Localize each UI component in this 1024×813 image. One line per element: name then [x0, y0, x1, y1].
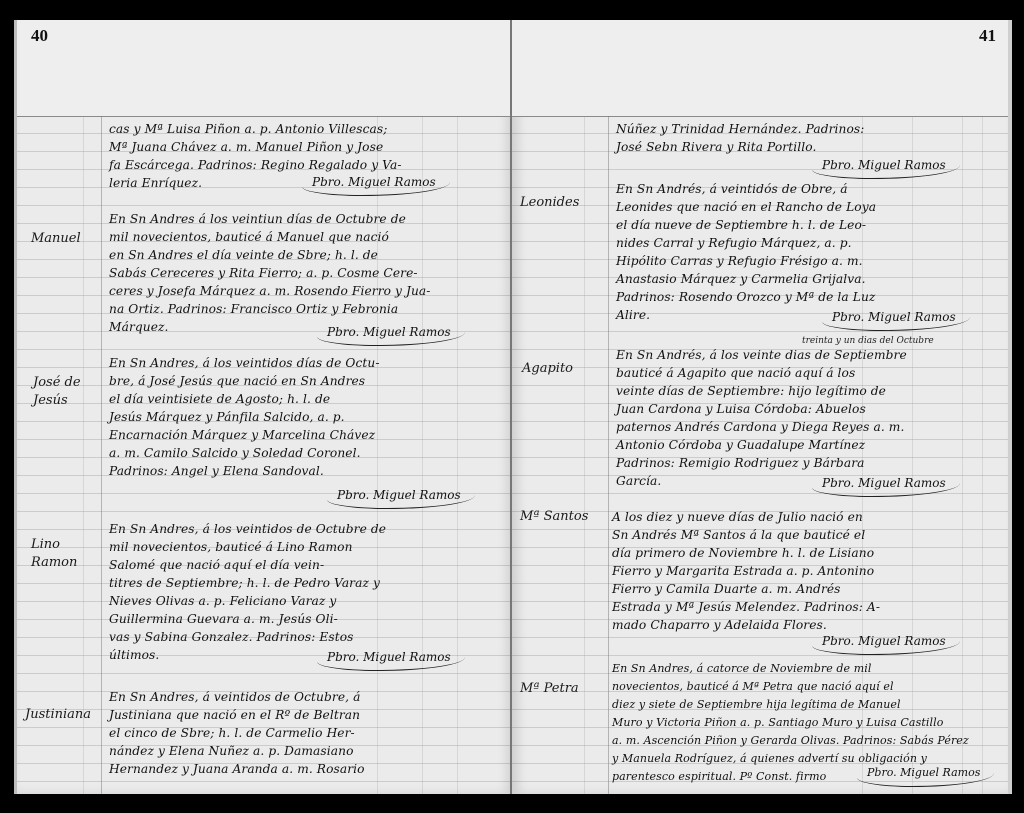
entry-line: En Sn Andres, á los veintidos días de Oc… [109, 354, 380, 372]
margin-name: Mª Petra [520, 680, 579, 698]
entry-text: En Sn Andres, á los veintidos de Octubre… [109, 520, 386, 664]
baptism-entry: Justiniana En Sn Andres, á veintidos de … [17, 688, 513, 788]
entry-line: vas y Sabina Gonzalez. Padrinos: Estos [109, 628, 386, 646]
entry-line: Núñez y Trinidad Hernández. Padrinos: [616, 120, 864, 138]
entry-line: Justiniana que nació en el Rº de Beltran [109, 706, 365, 724]
right-page: 41 Núñez y Trinidad Hernández. Padrinos:… [512, 20, 1012, 794]
entry-line: En Sn Andres á los veintiun días de Octu… [109, 210, 431, 228]
entry-line: el cinco de Sbre; h. l. de Carmelio Her- [109, 724, 365, 742]
entry-line: nández y Elena Nuñez a. p. Damasiano [109, 742, 365, 760]
baptism-entry: Manuel En Sn Andres á los veintiun días … [17, 210, 513, 350]
right-page-number: 41 [979, 26, 996, 46]
right-page-header [512, 20, 1008, 117]
entry-line: ceres y Josefa Márquez a. m. Rosendo Fie… [109, 282, 431, 300]
priest-signature: Pbro. Miguel Ramos [857, 764, 994, 787]
entry-text: En Sn Andrés, á los veinte dias de Septi… [616, 346, 907, 490]
entry-line: A los diez y nueve días de Julio nació e… [612, 508, 880, 526]
entry-line: Sn Andrés Mª Santos á la que bauticé el [612, 526, 880, 544]
baptism-entry: Mª Petra En Sn Andres, á catorce de Novi… [512, 660, 1008, 794]
entry-line: mil novecientos, bauticé á Lino Ramon [109, 538, 386, 556]
entry-line: En Sn Andres, á catorce de Noviembre de … [612, 660, 969, 678]
entry-line: diez y siete de Septiembre hija legítima… [612, 696, 969, 714]
entry-line: cas y Mª Luisa Piñon a. p. Antonio Ville… [109, 120, 402, 138]
entry-line: na Ortiz. Padrinos: Francisco Ortiz y Fe… [109, 300, 431, 318]
priest-signature: Pbro. Miguel Ramos [317, 323, 465, 346]
entry-line: Jesús Márquez y Pánfila Salcido, a. p. [109, 408, 380, 426]
entry-line: Guillermina Guevara a. m. Jesús Oli- [109, 610, 386, 628]
entry-line: José Sebn Rivera y Rita Portillo. [616, 138, 864, 156]
entry-line: Padrinos: Remigio Rodriguez y Bárbara [616, 454, 907, 472]
baptism-entry: José de Jesús En Sn Andres, á los veinti… [17, 354, 513, 504]
priest-signature: Pbro. Miguel Ramos [302, 173, 450, 196]
margin-name: Justiniana [25, 706, 91, 724]
entry-line: Juan Cardona y Luisa Córdoba: Abuelos [616, 400, 907, 418]
margin-name: Lino Ramon [31, 536, 77, 572]
left-page-number: 40 [31, 26, 48, 46]
interlinear-correction: treinta y un dias del Octubre [802, 336, 934, 346]
entry-line: día primero de Noviembre h. l. de Lisian… [612, 544, 880, 562]
entry-line: paternos Andrés Cardona y Diega Reyes a.… [616, 418, 907, 436]
entry-line: Fierro y Camila Duarte a. m. Andrés [612, 580, 880, 598]
margin-name: Leonides [520, 194, 579, 212]
entry-line: novecientos, bauticé á Mª Petra que naci… [612, 678, 969, 696]
margin-name: Mª Santos [520, 508, 588, 526]
entry-line: En Sn Andres, á veintidos de Octubre, á [109, 688, 365, 706]
entry-line: Hernandez y Juana Aranda a. m. Rosario [109, 760, 365, 778]
priest-signature: Pbro. Miguel Ramos [812, 474, 960, 497]
entry-text: En Sn Andres, á los veintidos días de Oc… [109, 354, 380, 480]
entry-line: Muro y Victoria Piñon a. p. Santiago Mur… [612, 714, 969, 732]
entry-line: veinte días de Septiembre: hijo legítimo… [616, 382, 907, 400]
entry-line: Sabás Cereceres y Rita Fierro; a. p. Cos… [109, 264, 431, 282]
entry-line: Salomé que nació aquí el día vein- [109, 556, 386, 574]
entry-line: Hipólito Carras y Refugio Frésigo a. m. [616, 252, 876, 270]
entry-line: titres de Septiembre; h. l. de Pedro Var… [109, 574, 386, 592]
priest-signature: Pbro. Miguel Ramos [327, 486, 475, 509]
entry-line: Mª Juana Chávez a. m. Manuel Piñon y Jos… [109, 138, 402, 156]
margin-name: José de Jesús [33, 374, 81, 410]
entry-line: bauticé á Agapito que nació aquí á los [616, 364, 907, 382]
margin-name: Manuel [31, 230, 81, 248]
baptism-entry: cas y Mª Luisa Piñon a. p. Antonio Ville… [17, 120, 513, 200]
entry-line: en Sn Andres el día veinte de Sbre; h. l… [109, 246, 431, 264]
entry-line: el día nueve de Septiembre h. l. de Leo- [616, 216, 876, 234]
ledger-spread: 40 cas y Mª Luisa Piñon a. p. Antonio Vi… [14, 20, 1010, 794]
entry-line: Nieves Olivas a. p. Feliciano Varaz y [109, 592, 386, 610]
margin-name: Agapito [522, 360, 573, 378]
baptism-entry: Leonides En Sn Andrés, á veintidós de Ob… [512, 180, 1008, 340]
entry-line: En Sn Andres, á los veintidos de Octubre… [109, 520, 386, 538]
entry-line: Fierro y Margarita Estrada a. p. Antonin… [612, 562, 880, 580]
entry-line: En Sn Andrés, á los veinte dias de Septi… [616, 346, 907, 364]
priest-signature: Pbro. Miguel Ramos [822, 308, 970, 331]
left-page-header [17, 20, 513, 117]
priest-signature: Pbro. Miguel Ramos [317, 648, 465, 671]
entry-line: a. m. Ascención Piñon y Gerarda Olivas. … [612, 732, 969, 750]
entry-line: el día veintisiete de Agosto; h. l. de [109, 390, 380, 408]
baptism-entry: Núñez y Trinidad Hernández. Padrinos: Jo… [512, 120, 1008, 180]
entry-line: Padrinos: Angel y Elena Sandoval. [109, 462, 380, 480]
entry-text: A los diez y nueve días de Julio nació e… [612, 508, 880, 634]
entry-text: En Sn Andrés, á veintidós de Obre, á Leo… [616, 180, 876, 324]
entry-line: Estrada y Mª Jesús Melendez. Padrinos: A… [612, 598, 880, 616]
entry-line: bre, á José Jesús que nació en Sn Andres [109, 372, 380, 390]
entry-line: mil novecientos, bauticé á Manuel que na… [109, 228, 431, 246]
entry-text: Núñez y Trinidad Hernández. Padrinos: Jo… [616, 120, 864, 156]
baptism-entry: Mª Santos A los diez y nueve días de Jul… [512, 508, 1008, 658]
entry-line: fa Escárcega. Padrinos: Regino Regalado … [109, 156, 402, 174]
entry-text: En Sn Andres, á veintidos de Octubre, á … [109, 688, 365, 778]
entry-line: Encarnación Márquez y Marcelina Chávez [109, 426, 380, 444]
priest-signature: Pbro. Miguel Ramos [812, 156, 960, 179]
entry-line: En Sn Andrés, á veintidós de Obre, á [616, 180, 876, 198]
priest-signature: Pbro. Miguel Ramos [812, 632, 960, 655]
entry-line: a. m. Camilo Salcido y Soledad Coronel. [109, 444, 380, 462]
baptism-entry: treinta y un dias del Octubre Agapito En… [512, 340, 1008, 500]
left-page: 40 cas y Mª Luisa Piñon a. p. Antonio Vi… [14, 20, 513, 794]
entry-line: Antonio Córdoba y Guadalupe Martínez [616, 436, 907, 454]
entry-line: Padrinos: Rosendo Orozco y Mª de la Luz [616, 288, 876, 306]
entry-text: En Sn Andres á los veintiun días de Octu… [109, 210, 431, 336]
entry-line: Anastasio Márquez y Carmelia Grijalva. [616, 270, 876, 288]
baptism-entry: Lino Ramon En Sn Andres, á los veintidos… [17, 520, 513, 680]
entry-line: Leonides que nació en el Rancho de Loya [616, 198, 876, 216]
entry-line: nides Carral y Refugio Márquez, a. p. [616, 234, 876, 252]
